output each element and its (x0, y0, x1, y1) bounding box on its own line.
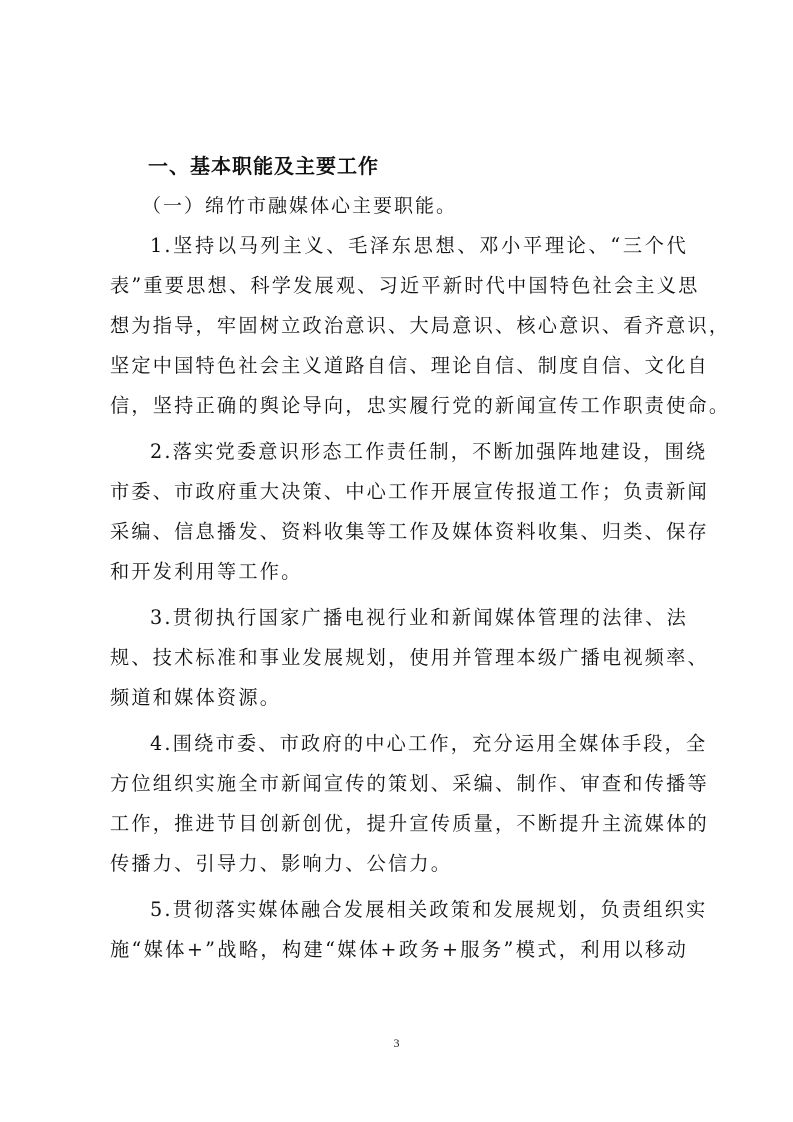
paragraph-line: 施“媒体+”战略，构建“媒体+政务+服务”模式，利用以移动 (110, 930, 688, 970)
paragraph-line: 信，坚持正确的舆论导向，忠实履行党的新闻宣传工作职责使命。 (110, 386, 688, 426)
paragraph-4: 4.围绕市委、市政府的中心工作，充分运用全媒体手段，全 方位组织实施全市新闻宣传… (110, 724, 688, 884)
document-page: 一、基本职能及主要工作 （一）绵竹市融媒体心主要职能。 1.坚持以马列主义、毛泽… (0, 0, 793, 1122)
paragraph-line: 方位组织实施全市新闻宣传的策划、采编、制作、审查和传播等 (110, 764, 688, 804)
paragraph-line: 4.围绕市委、市政府的中心工作，充分运用全媒体手段，全 (110, 724, 688, 764)
paragraph-2: 2.落实党委意识形态工作责任制，不断加强阵地建设，围绕 市委、市政府重大决策、中… (110, 432, 688, 592)
paragraph-line: 工作，推进节目创新创优，提升宣传质量，不断提升主流媒体的 (110, 804, 688, 844)
paragraph-line: 和开发利用等工作。 (110, 552, 688, 592)
paragraph-line: 表”重要思想、科学发展观、习近平新时代中国特色社会主义思 (110, 266, 688, 306)
paragraph-line: 规、技术标准和事业发展规划，使用并管理本级广播电视频率、 (110, 638, 688, 678)
paragraph-line: 想为指导，牢固树立政治意识、大局意识、核心意识、看齐意识， (110, 306, 688, 346)
paragraph-line: 传播力、引导力、影响力、公信力。 (110, 844, 688, 884)
paragraph-line: 市委、市政府重大决策、中心工作开展宣传报道工作；负责新闻 (110, 472, 688, 512)
paragraph-1: 1.坚持以马列主义、毛泽东思想、邓小平理论、“三个代 表”重要思想、科学发展观、… (110, 226, 688, 426)
paragraph-line: 1.坚持以马列主义、毛泽东思想、邓小平理论、“三个代 (110, 226, 688, 266)
paragraph-line: 3.贯彻执行国家广播电视行业和新闻媒体管理的法律、法 (110, 598, 688, 638)
paragraph-line: 采编、信息播发、资料收集等工作及媒体资料收集、归类、保存 (110, 512, 688, 552)
paragraph-3: 3.贯彻执行国家广播电视行业和新闻媒体管理的法律、法 规、技术标准和事业发展规划… (110, 598, 688, 718)
document-body: 一、基本职能及主要工作 （一）绵竹市融媒体心主要职能。 1.坚持以马列主义、毛泽… (110, 146, 688, 976)
paragraph-5: 5.贯彻落实媒体融合发展相关政策和发展规划，负责组织实 施“媒体+”战略，构建“… (110, 890, 688, 970)
paragraph-line: 坚定中国特色社会主义道路自信、理论自信、制度自信、文化自 (110, 346, 688, 386)
paragraph-line: 5.贯彻落实媒体融合发展相关政策和发展规划，负责组织实 (110, 890, 688, 930)
subsection-heading: （一）绵竹市融媒体心主要职能。 (142, 186, 688, 226)
page-number: 3 (0, 1036, 793, 1051)
paragraph-line: 2.落实党委意识形态工作责任制，不断加强阵地建设，围绕 (110, 432, 688, 472)
paragraph-line: 频道和媒体资源。 (110, 678, 688, 718)
section-heading: 一、基本职能及主要工作 (148, 146, 688, 186)
